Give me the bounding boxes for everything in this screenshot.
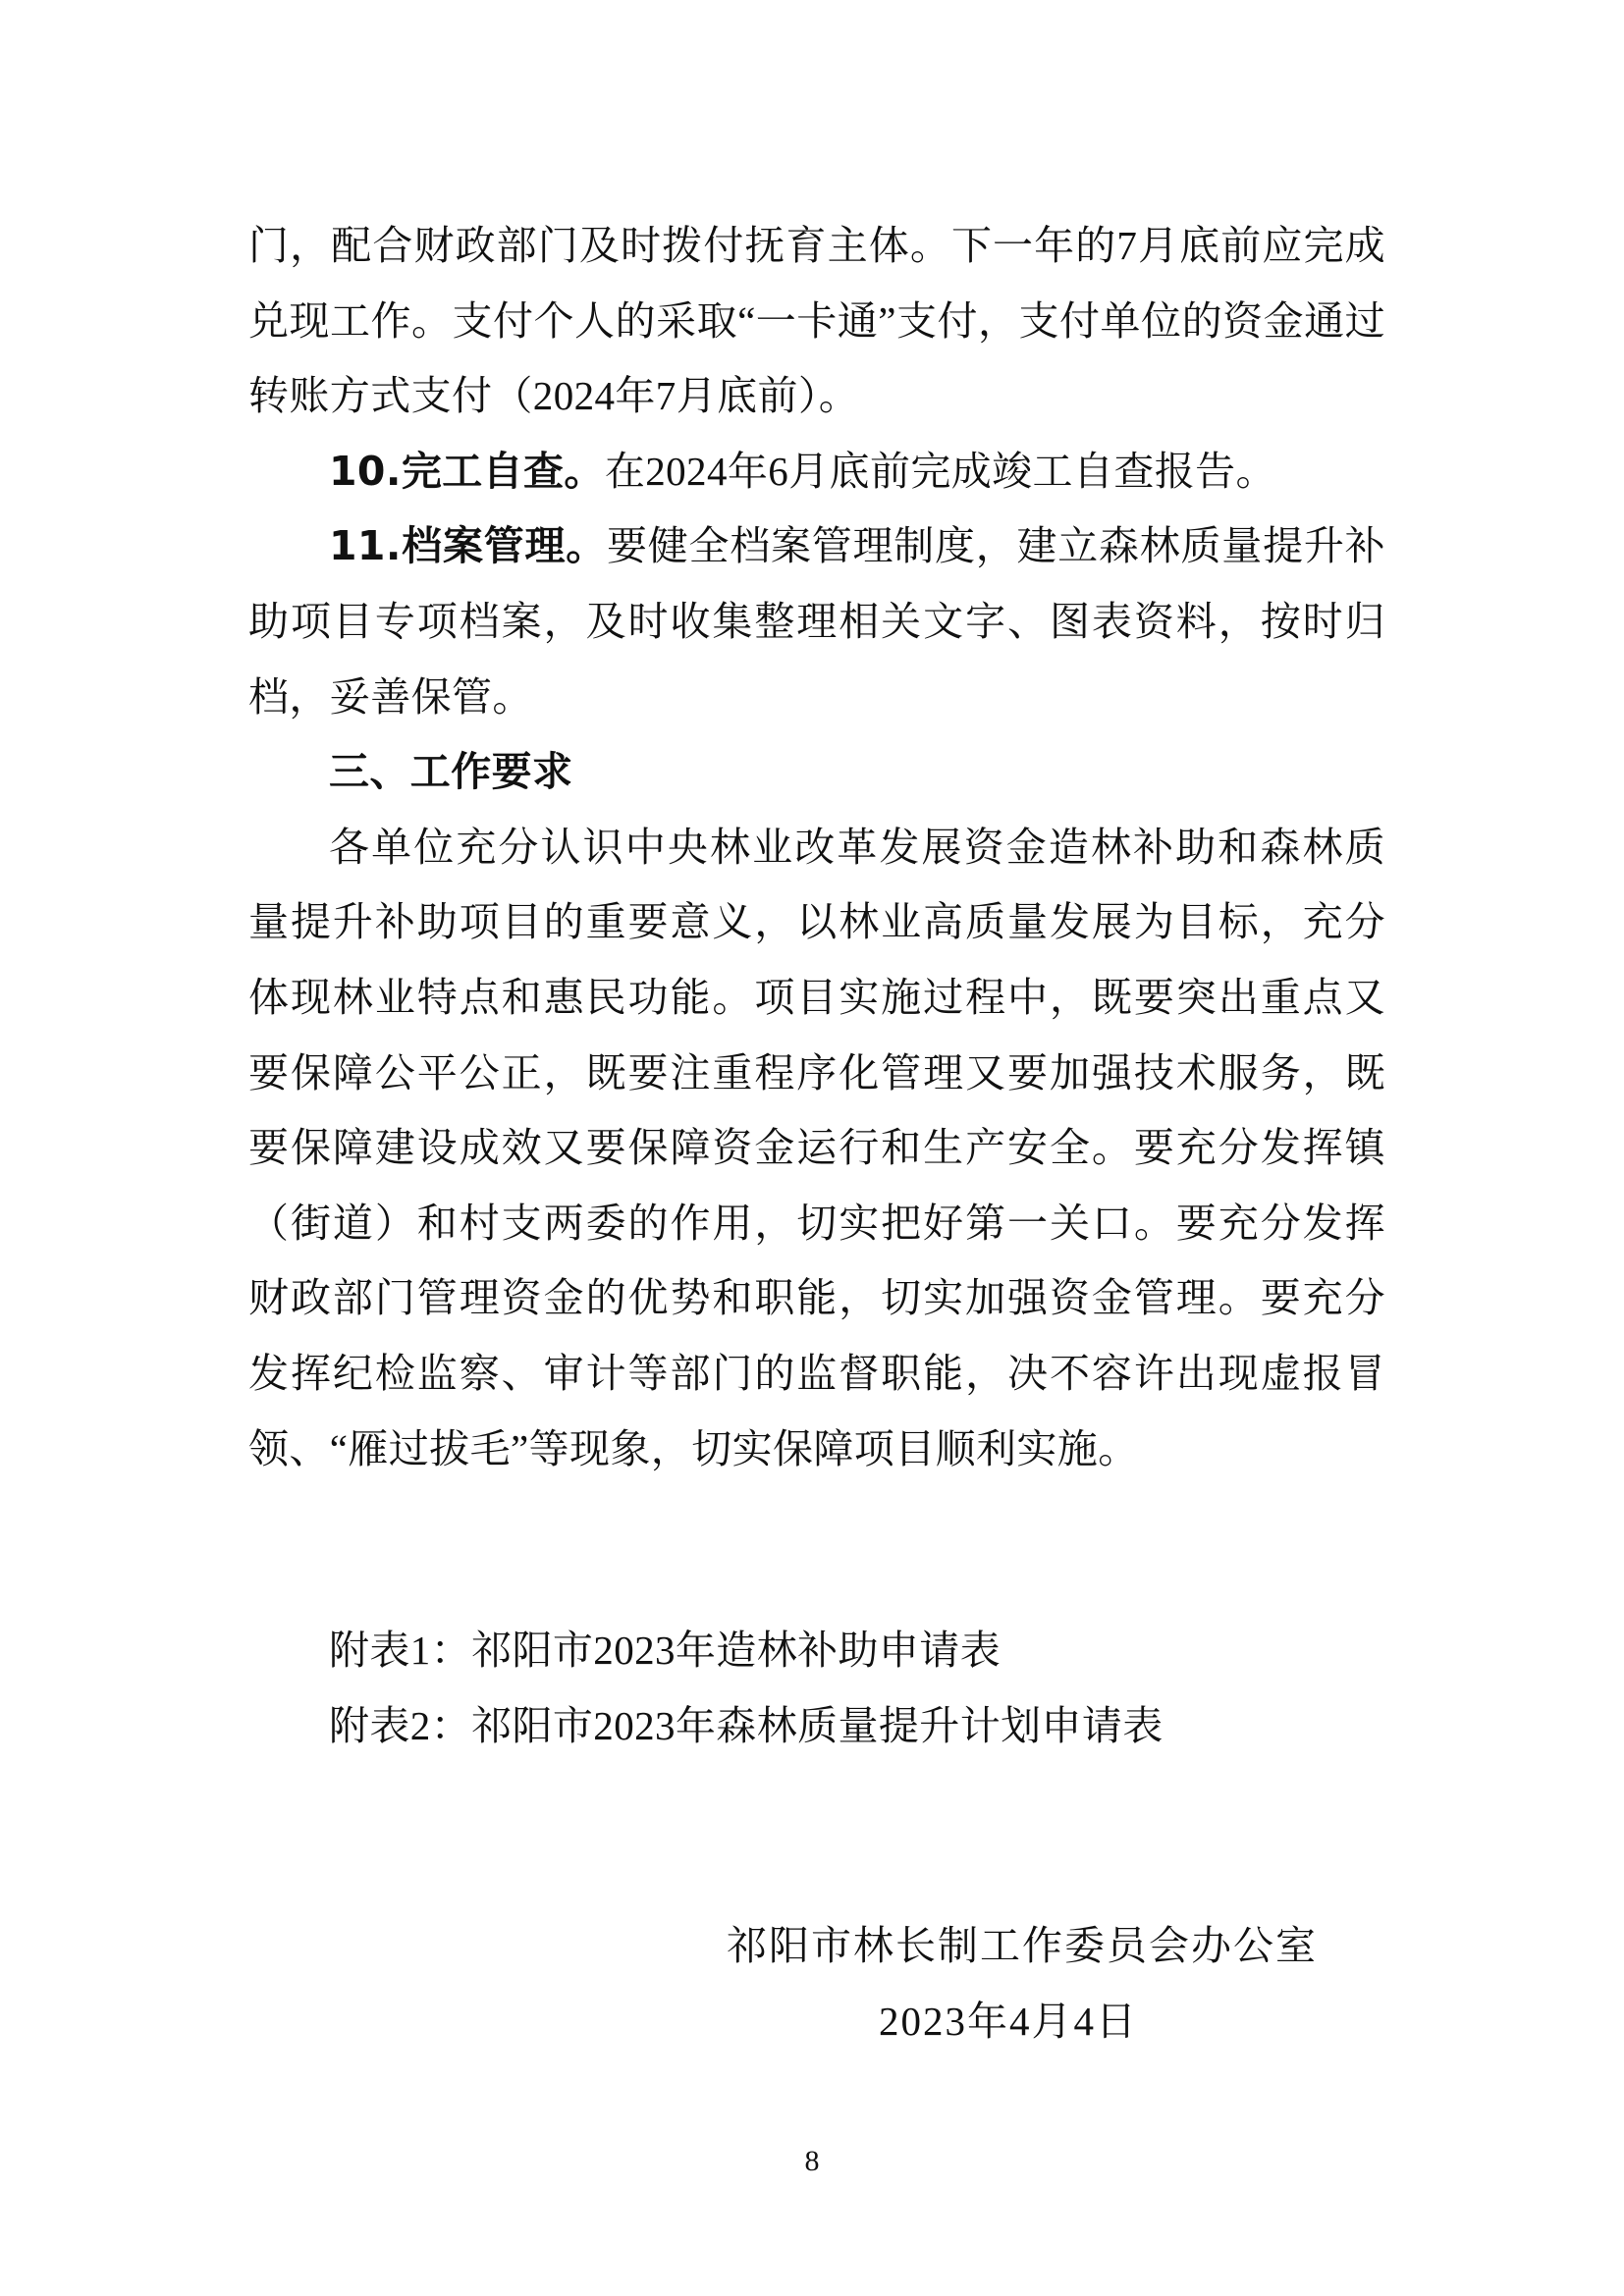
attachment-1: 附表1：祁阳市2023年造林补助申请表: [329, 1613, 1164, 1688]
paragraph-item-10: 10.完工自查。在2024年6月底前完成竣工自查报告。: [248, 434, 1385, 509]
paragraph-work-requirements: 各单位充分认识中央林业改革发展资金造林补助和森林质量提升补助项目的重要意义，以林…: [248, 810, 1385, 1486]
signature-date: 2023年4月4日: [727, 1984, 1355, 2059]
signature-block: 祁阳市林长制工作委员会办公室 2023年4月4日: [727, 1908, 1355, 2058]
item-10-text: 在2024年6月底前完成竣工自查报告。: [605, 449, 1276, 494]
document-page: 门，配合财政部门及时拨付抚育主体。下一年的7月底前应完成兑现工作。支付个人的采取…: [0, 0, 1624, 2296]
attachments-list: 附表1：祁阳市2023年造林补助申请表 附表2：祁阳市2023年森林质量提升计划…: [329, 1613, 1164, 1763]
item-10-lead: 10.完工自查。: [329, 448, 605, 495]
item-11-lead: 11.档案管理。: [329, 522, 607, 569]
attachment-2: 附表2：祁阳市2023年森林质量提升计划申请表: [329, 1688, 1164, 1764]
paragraph-item-11: 11.档案管理。要健全档案管理制度，建立森林质量提升补助项目专项档案，及时收集整…: [248, 508, 1385, 734]
section-heading-work-requirements: 三、工作要求: [248, 734, 1385, 810]
page-number: 8: [0, 2145, 1624, 2178]
document-body: 门，配合财政部门及时拨付抚育主体。下一年的7月底前应完成兑现工作。支付个人的采取…: [248, 208, 1385, 1486]
paragraph-continuation: 门，配合财政部门及时拨付抚育主体。下一年的7月底前应完成兑现工作。支付个人的采取…: [248, 208, 1385, 434]
signature-organization: 祁阳市林长制工作委员会办公室: [727, 1908, 1355, 1984]
